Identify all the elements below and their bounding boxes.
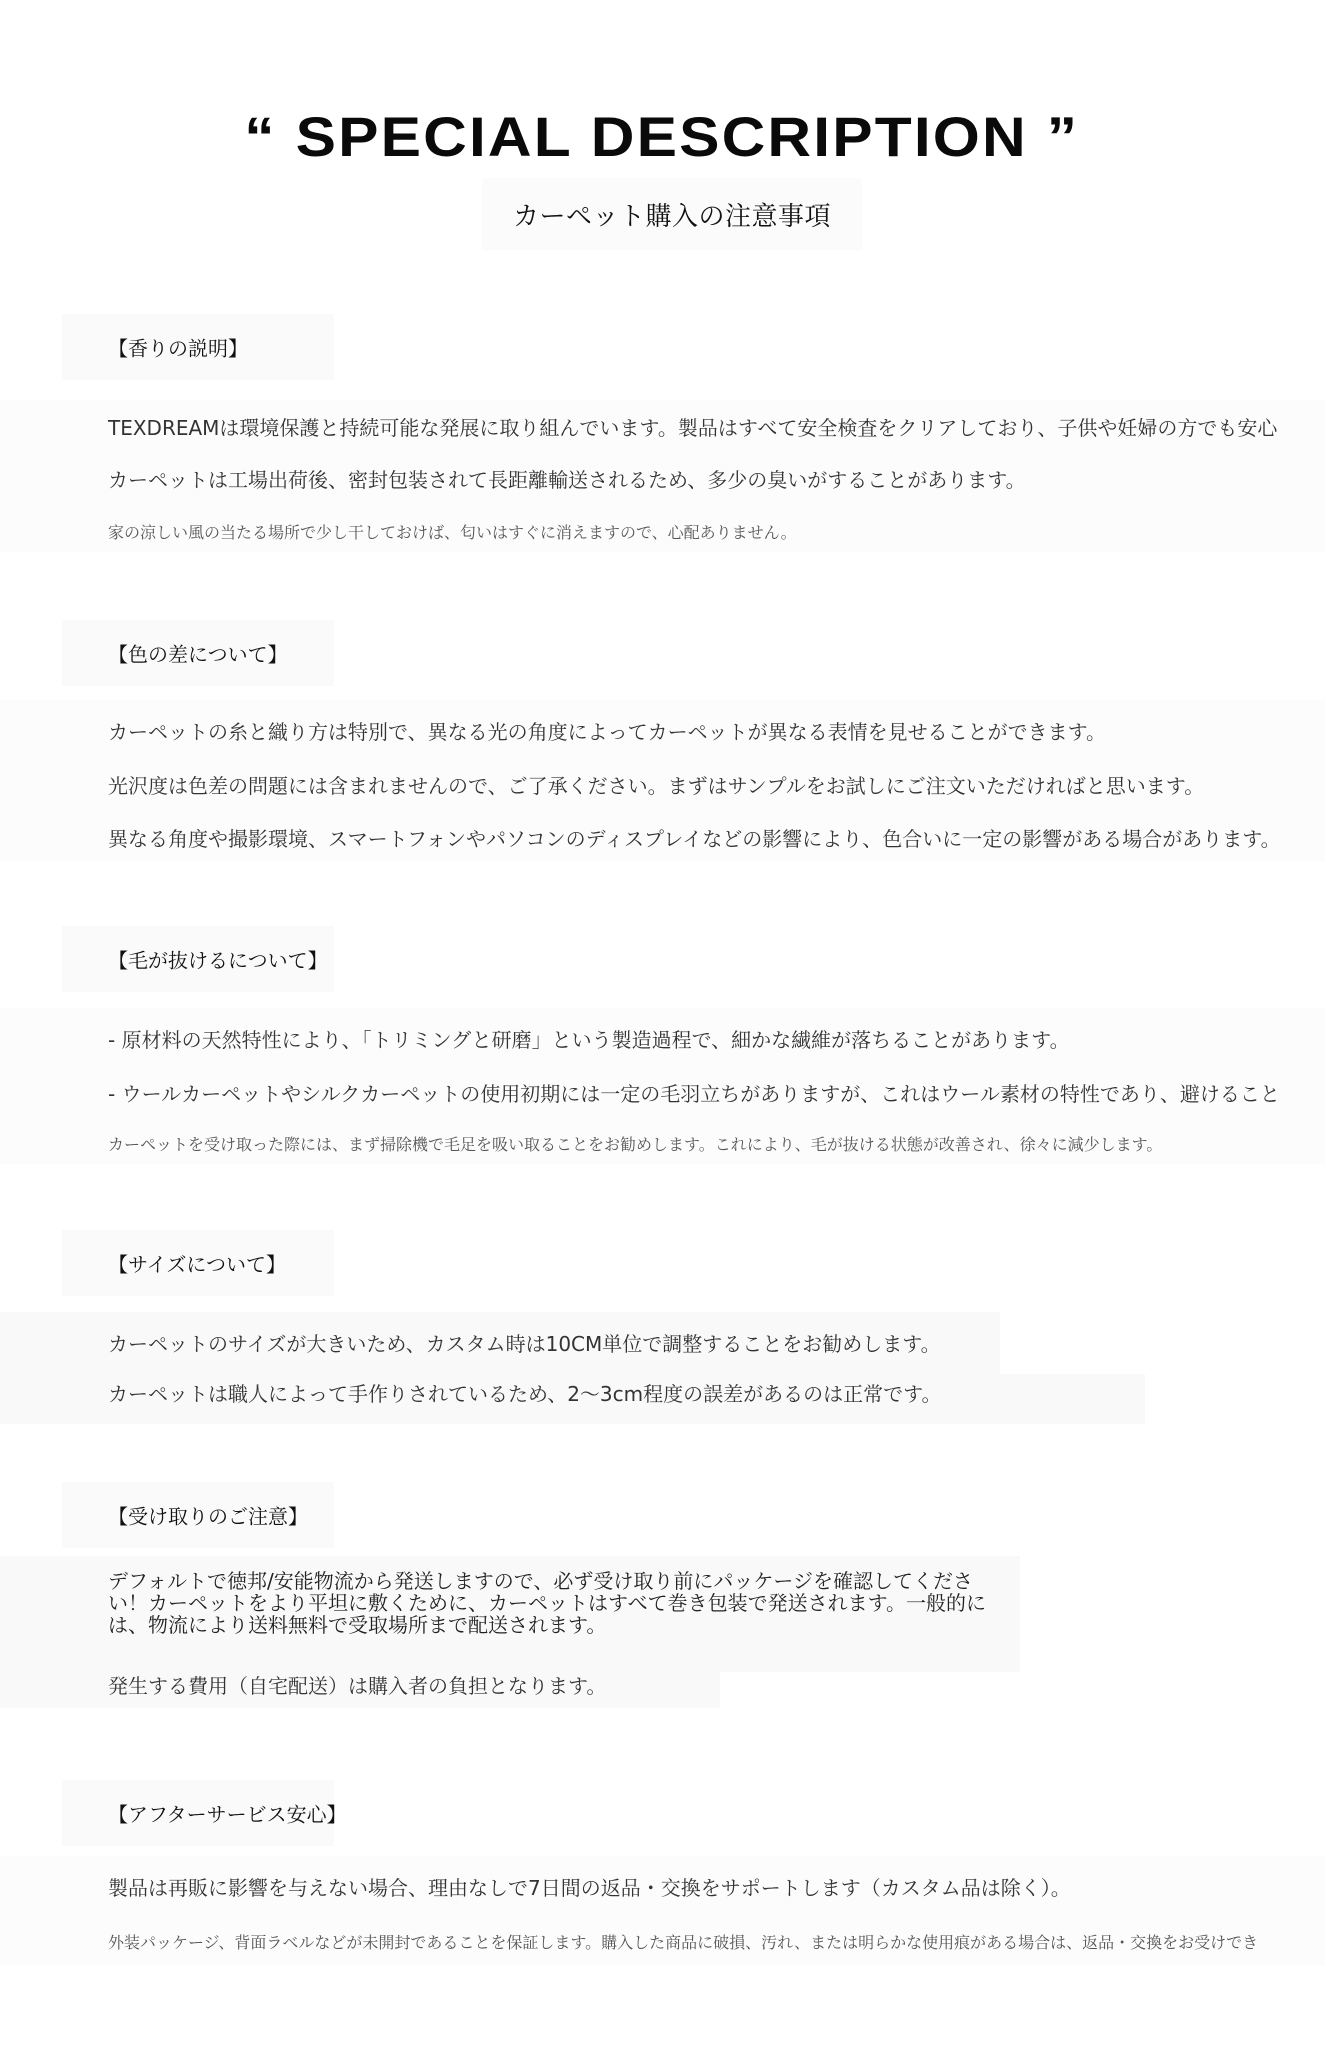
page-subtitle: カーペット購入の注意事項 [513,196,831,233]
section-line: カーペットを受け取った際には、まず掃除機で毛足を吸い取ることをお勧めします。これ… [108,1132,1162,1155]
section-heading-label: 【香りの説明】 [108,333,248,362]
section-line: 光沢度は色差の問題には含まれませんので、ご了承ください。まずはサンプルをお試しに… [108,770,1204,799]
section-body-size: カーペットのサイズが大きいため、カスタム時は10CM単位で調整することをお勧めし… [0,1312,1325,1424]
section-heading-after-service: 【アフターサービス安心】 [62,1780,334,1846]
section-line: カーペットは職人によって手作りされているため、2〜3cm程度の誤差があるのは正常… [108,1378,942,1407]
section-line: 異なる角度や撮影環境、スマートフォンやパソコンのディスプレイなどの影響により、色… [108,823,1281,852]
section-line: カーペットの糸と織り方は特別で、異なる光の角度によってカーペットが異なる表情を見… [108,716,1106,745]
section-line: 外装パッケージ、背面ラベルなどが未開封であることを保証します。購入した商品に破損… [108,1930,1258,1953]
section-heading-label: 【アフターサービス安心】 [108,1799,347,1828]
section-heading-label: 【サイズについて】 [108,1249,286,1278]
section-body-shedding: - 原材料の天然特性により、「トリミングと研磨」という製造過程で、細かな繊維が落… [0,1008,1325,1164]
section-heading-shedding: 【毛が抜けるについて】 [62,926,334,992]
page-title: “ SPECIAL DESCRIPTION ” [0,104,1325,169]
section-line: カーペットのサイズが大きいため、カスタム時は10CM単位で調整することをお勧めし… [108,1328,941,1357]
section-heading-label: 【受け取りのご注意】 [108,1501,308,1530]
section-body-color: カーペットの糸と織り方は特別で、異なる光の角度によってカーペットが異なる表情を見… [0,700,1325,862]
section-line: カーペットは工場出荷後、密封包装されて長距離輸送されるため、多少の臭いがすること… [108,464,1026,493]
section-line: 製品は再販に影響を与えない場合、理由なしで7日間の返品・交換をサポートします（カ… [108,1872,1071,1901]
section-line: - ウールカーペットやシルクカーペットの使用初期には一定の毛羽立ちがありますが、… [108,1078,1280,1107]
section-heading-label: 【色の差について】 [108,639,288,668]
subtitle-box: カーペット購入の注意事項 [482,178,862,250]
section-line: - 原材料の天然特性により、「トリミングと研磨」という製造過程で、細かな繊維が落… [108,1024,1070,1053]
section-heading-size: 【サイズについて】 [62,1230,334,1296]
section-heading-label: 【毛が抜けるについて】 [108,945,328,974]
section-body-scent: TEXDREAMは環境保護と持続可能な発展に取り組んでいます。製品はすべて安全検… [0,400,1325,552]
section-line: 家の涼しい風の当たる場所で少し干しておけば、匂いはすぐに消えますので、心配ありま… [108,520,797,543]
section-line: 発生する費用（自宅配送）は購入者の負担となります。 [108,1670,606,1699]
section-paragraph: デフォルトで徳邦/安能物流から発送しますので、必ず受け取り前にパッケージを確認し… [108,1570,998,1636]
section-line: TEXDREAMは環境保護と持続可能な発展に取り組んでいます。製品はすべて安全検… [108,412,1277,441]
section-body-after-service: 製品は再販に影響を与えない場合、理由なしで7日間の返品・交換をサポートします（カ… [0,1856,1325,1966]
section-body-receiving: デフォルトで徳邦/安能物流から発送しますので、必ず受け取り前にパッケージを確認し… [0,1556,1325,1708]
section-heading-scent: 【香りの説明】 [62,314,334,380]
section-heading-receiving: 【受け取りのご注意】 [62,1482,334,1548]
section-heading-color: 【色の差について】 [62,620,334,686]
